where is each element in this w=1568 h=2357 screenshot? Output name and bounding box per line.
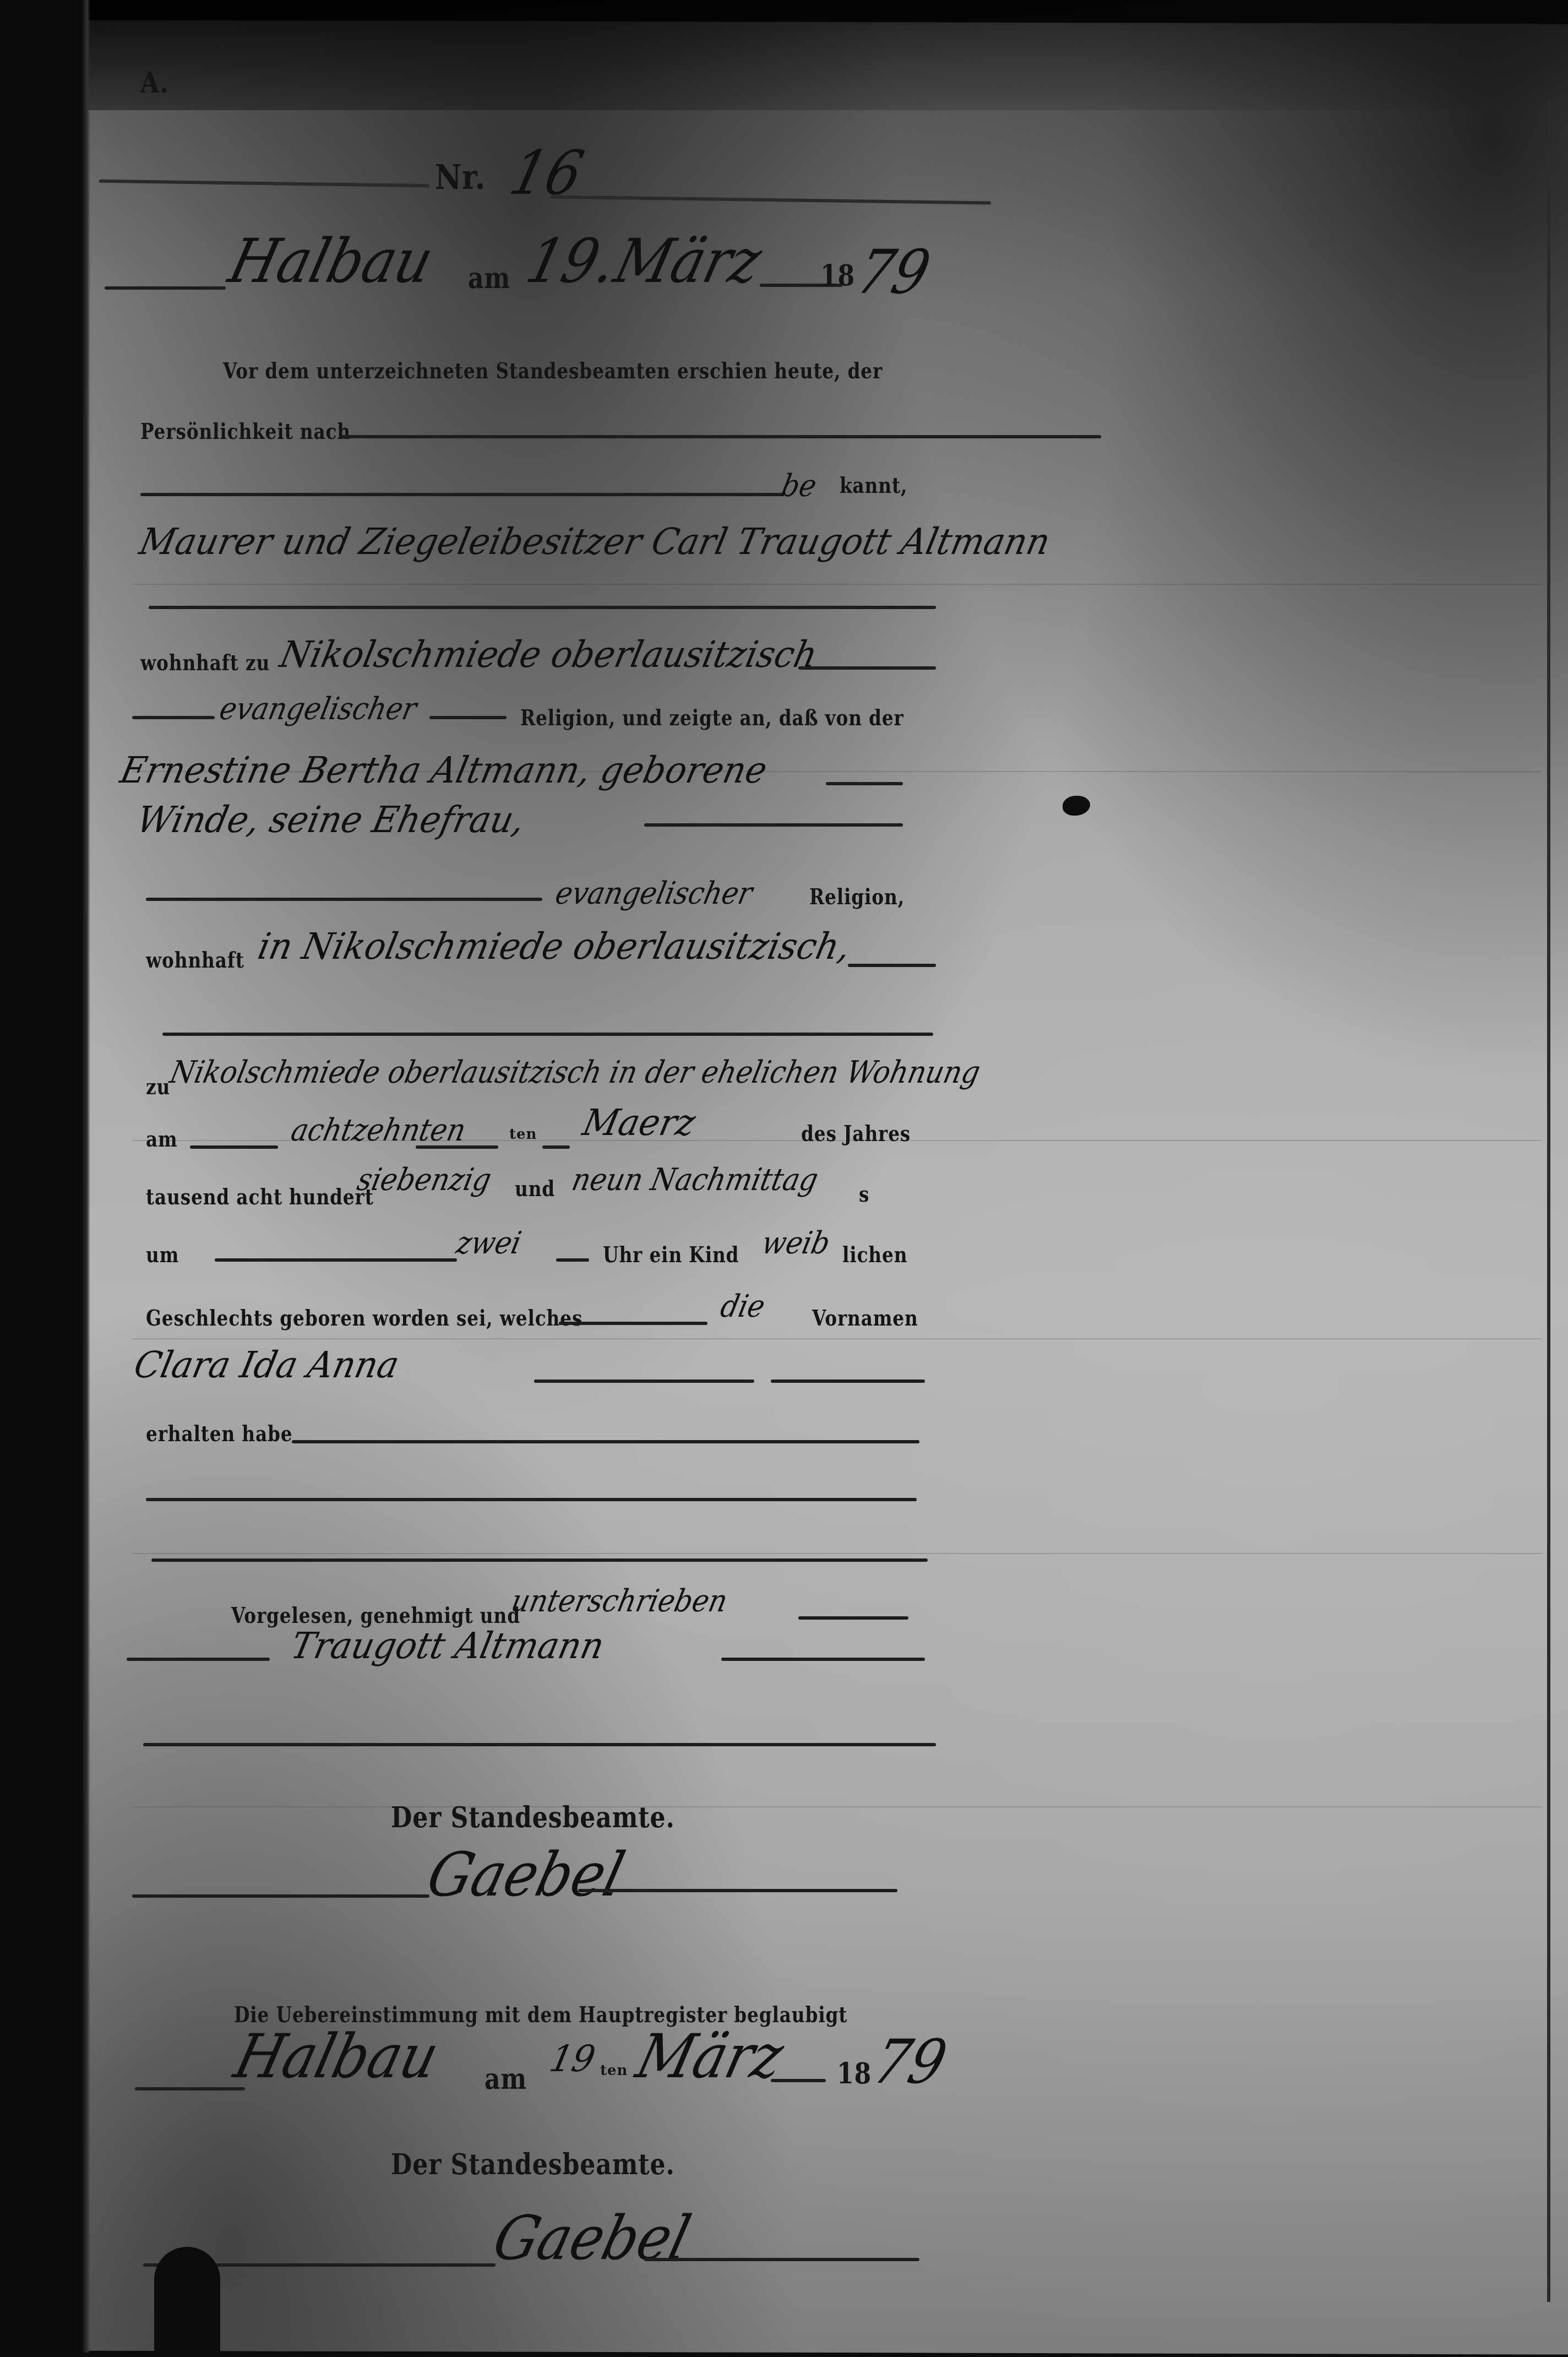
blank-line [146,1498,917,1501]
blank-line [190,1145,278,1149]
wohnhaft-zu-label: wohnhaft zu [140,650,270,676]
ruled-line [132,1338,1542,1339]
blank-line [771,2079,826,2082]
page-top-shadow [83,0,1568,110]
mother-name-line2: Winde, seine Ehefrau, [133,799,529,841]
blank-line [151,1558,928,1562]
ruled-line [132,1553,1542,1554]
registrar-heading: Der Standesbeamte. [391,1801,675,1834]
blank-line [556,1258,589,1262]
uhr-kind-label: Uhr ein Kind [603,1242,739,1268]
birth-day: achtzehnten [288,1112,469,1148]
blank-line [132,1894,429,1898]
mother-residence: in Nikolschmiede oberlausitzisch, [254,925,854,968]
blank-line [644,823,903,827]
ten-label: ten [509,1126,537,1143]
blank-line [429,716,507,719]
unterschrieben-word: unterschrieben [508,1583,731,1619]
cert-year-prefix: 18 [837,2057,872,2090]
und-label: und [515,1176,555,1202]
header-am: am [468,262,510,295]
header-place: Halbau [222,226,440,296]
cert-am-label: am [484,2062,527,2096]
thumb-shadow [154,2247,220,2353]
blank-line [215,1258,457,1262]
blank-line [132,716,215,719]
blank-line [848,964,936,967]
am-label: am [146,1126,178,1152]
blank-line [826,782,903,785]
erhalten-label: erhalten habe [146,1421,293,1447]
cert-ten-label: ten [600,2062,628,2079]
blank-line [146,898,542,901]
cert-place: Halbau [228,2021,445,2092]
s-suffix: s [859,1181,869,1207]
informant-signature: Traugott Altmann [287,1625,608,1667]
blank-line [127,1658,270,1661]
cert-month: März [630,2021,791,2092]
tausend-label: tausend acht hundert [146,1184,374,1210]
birth-year-words2: neun Nachmittag [569,1162,821,1198]
ruled-line [132,1806,1542,1807]
birth-month: Maerz [579,1101,699,1144]
religion-label: Religion, [809,884,905,910]
mother-name-line1: Ernestine Bertha Altmann, geborene [117,749,771,791]
entry-number-label: Nr. [435,157,486,197]
child-sex: weib [759,1225,833,1261]
informant-residence: Nikolschmiede oberlausitzisch [276,633,821,676]
blank-line [292,1440,919,1443]
page-left-edge [83,0,90,2353]
persoenlichkeit-label: Persönlichkeit nach [140,419,351,444]
child-names: Clara Ida Anna [130,1344,403,1386]
cert-day: 19 [546,2038,599,2080]
blank-line [140,493,785,496]
lichen-label: lichen [842,1242,907,1268]
header-year-prefix: 18 [820,259,855,292]
des-jahres-label: des Jahres [801,1121,911,1147]
die-word: die [717,1289,768,1324]
blank-line [143,1743,936,1746]
blank-line [771,1380,925,1383]
blank-line [578,1889,897,1892]
registrar-signature-2: Gaebel [487,2203,697,2273]
registrar-signature: Gaebel [421,1839,631,1910]
um-label: um [146,1242,179,1268]
blank-line [542,1145,570,1149]
vornamen-label: Vornamen [812,1305,918,1331]
header-date-day: 19. [520,226,624,296]
blank-line [559,1322,707,1325]
blank-line [416,1145,498,1149]
geschlechts-label: Geschlechts geboren worden sei, welches [146,1305,582,1331]
blank-line [149,606,936,609]
blank-line [644,2258,919,2261]
birth-place: Nikolschmiede oberlausitzisch in der ehe… [167,1055,983,1090]
blank-line [721,1658,925,1661]
blank-line [162,1033,933,1036]
informant-name: Maurer und Ziegeleibesitzer Carl Traugot… [136,520,1054,563]
blank-line [798,1616,908,1620]
page-right-edge [1547,99,1550,2302]
zu-label: zu [146,1074,170,1100]
ruled-line [132,584,1542,585]
kannt-text: kannt, [840,473,907,498]
header-date-month: März [608,226,769,296]
informant-religion: evangelischer [216,691,420,727]
religion-line-text: Religion, und zeigte an, daß von der [520,705,904,731]
form-letter: A. [140,66,168,100]
wohnhaft-label: wohnhaft [146,947,244,973]
blank-line [105,286,226,290]
intro-text: Vor dem unterzeichneten Standesbeamten e… [223,358,883,384]
blank-line [534,1380,754,1383]
mother-religion: evangelischer [552,876,755,911]
blank-line [341,435,1101,438]
birth-hour: zwei [453,1225,524,1261]
birth-year-words: siebenzig [354,1162,494,1198]
blank-line [798,666,936,670]
registrar-heading-2: Der Standesbeamte. [391,2148,675,2181]
